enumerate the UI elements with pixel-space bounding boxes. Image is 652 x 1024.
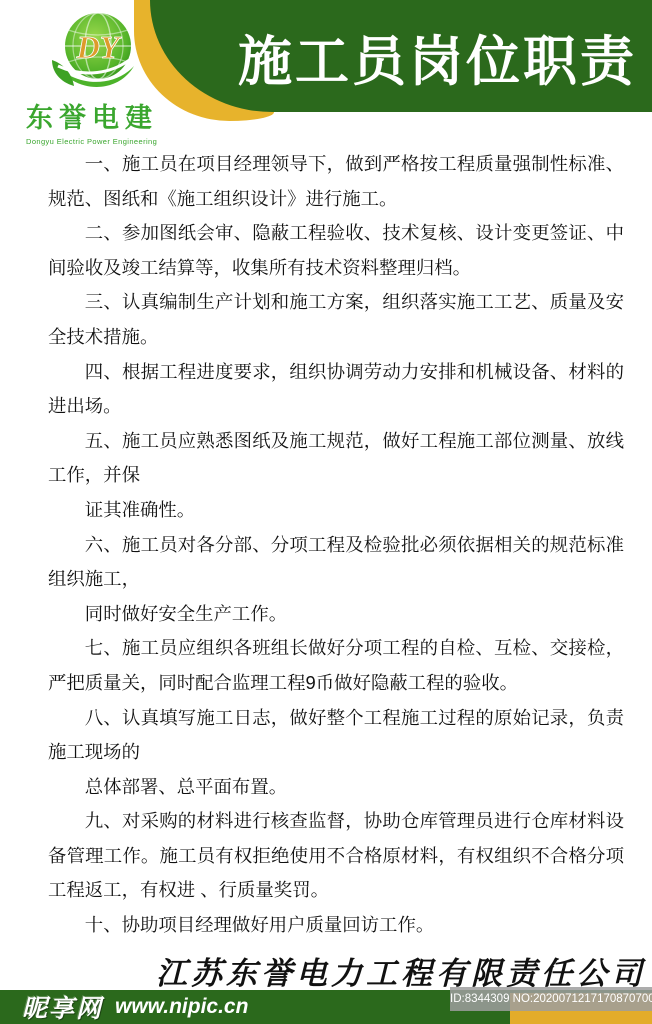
duty-paragraph-line: 九、对采购的材料进行核查监督，协助仓库管理员进行仓库材料设备管理工作。施工员有权… [48, 804, 624, 908]
duty-paragraph-line: 总体部署、总平面布置。 [48, 770, 624, 805]
page-title: 施工员岗位职责 [235, 32, 640, 96]
duty-paragraph-line: 六、施工员对各分部、分项工程及检验批必须依据相关的规范标准组织施工， [48, 528, 624, 597]
nipic-logo: 昵享网 [22, 989, 103, 1024]
watermark-bar: 昵享网 www.nipic.cn ID:8344309 NO:202007121… [0, 990, 652, 1024]
duty-paragraph-line: 证其准确性。 [48, 493, 624, 528]
duty-paragraph-line: 八、认真填写施工日志，做好整个工程施工过程的原始记录，负责施工现场的 [48, 701, 624, 770]
duties-list: 一、施工员在项目经理领导下，做到严格按工程质量强制性标准、规范、图纸和《施工组织… [48, 147, 624, 943]
poster-page: 施工员岗位职责 DY 东誉电建 Dongyu Electric Power [0, 0, 652, 1024]
duty-paragraph-line: 二、参加图纸会审、隐蔽工程验收、技术复核、设计变更签证、中间验收及竣工结算等，收… [48, 216, 624, 285]
globe-logo-icon: DY [34, 8, 152, 94]
duty-paragraph-line: 三、认真编制生产计划和施工方案，组织落实施工工艺、质量及安全技术措施。 [48, 285, 624, 354]
logo-name-en: Dongyu Electric Power Engineering [26, 137, 168, 146]
duty-paragraph-line: 同时做好安全生产工作。 [48, 597, 624, 632]
logo-name-cn: 东誉电建 [26, 96, 168, 135]
logo-monogram: DY [76, 29, 122, 65]
nipic-watermark: 昵享网 www.nipic.cn [22, 992, 248, 1022]
image-id-label: ID:8344309 NO:20200712171708707000 [450, 987, 652, 1011]
nipic-url: www.nipic.cn [115, 995, 248, 1019]
company-logo: DY 东誉电建 Dongyu Electric Power Engineerin… [18, 8, 168, 146]
duty-paragraph-line: 七、施工员应组织各班组长做好分项工程的自检、互检、交接检，严把质量关，同时配合监… [48, 631, 624, 700]
duty-paragraph-line: 四、根据工程进度要求，组织协调劳动力安排和机械设备、材料的进出场。 [48, 355, 624, 424]
duty-paragraph-line: 十、协助项目经理做好用户质量回访工作。 [48, 908, 624, 943]
duty-paragraph-line: 一、施工员在项目经理领导下，做到严格按工程质量强制性标准、规范、图纸和《施工组织… [48, 147, 624, 216]
duty-paragraph-line: 五、施工员应熟悉图纸及施工规范，做好工程施工部位测量、放线工作，并保 [48, 424, 624, 493]
